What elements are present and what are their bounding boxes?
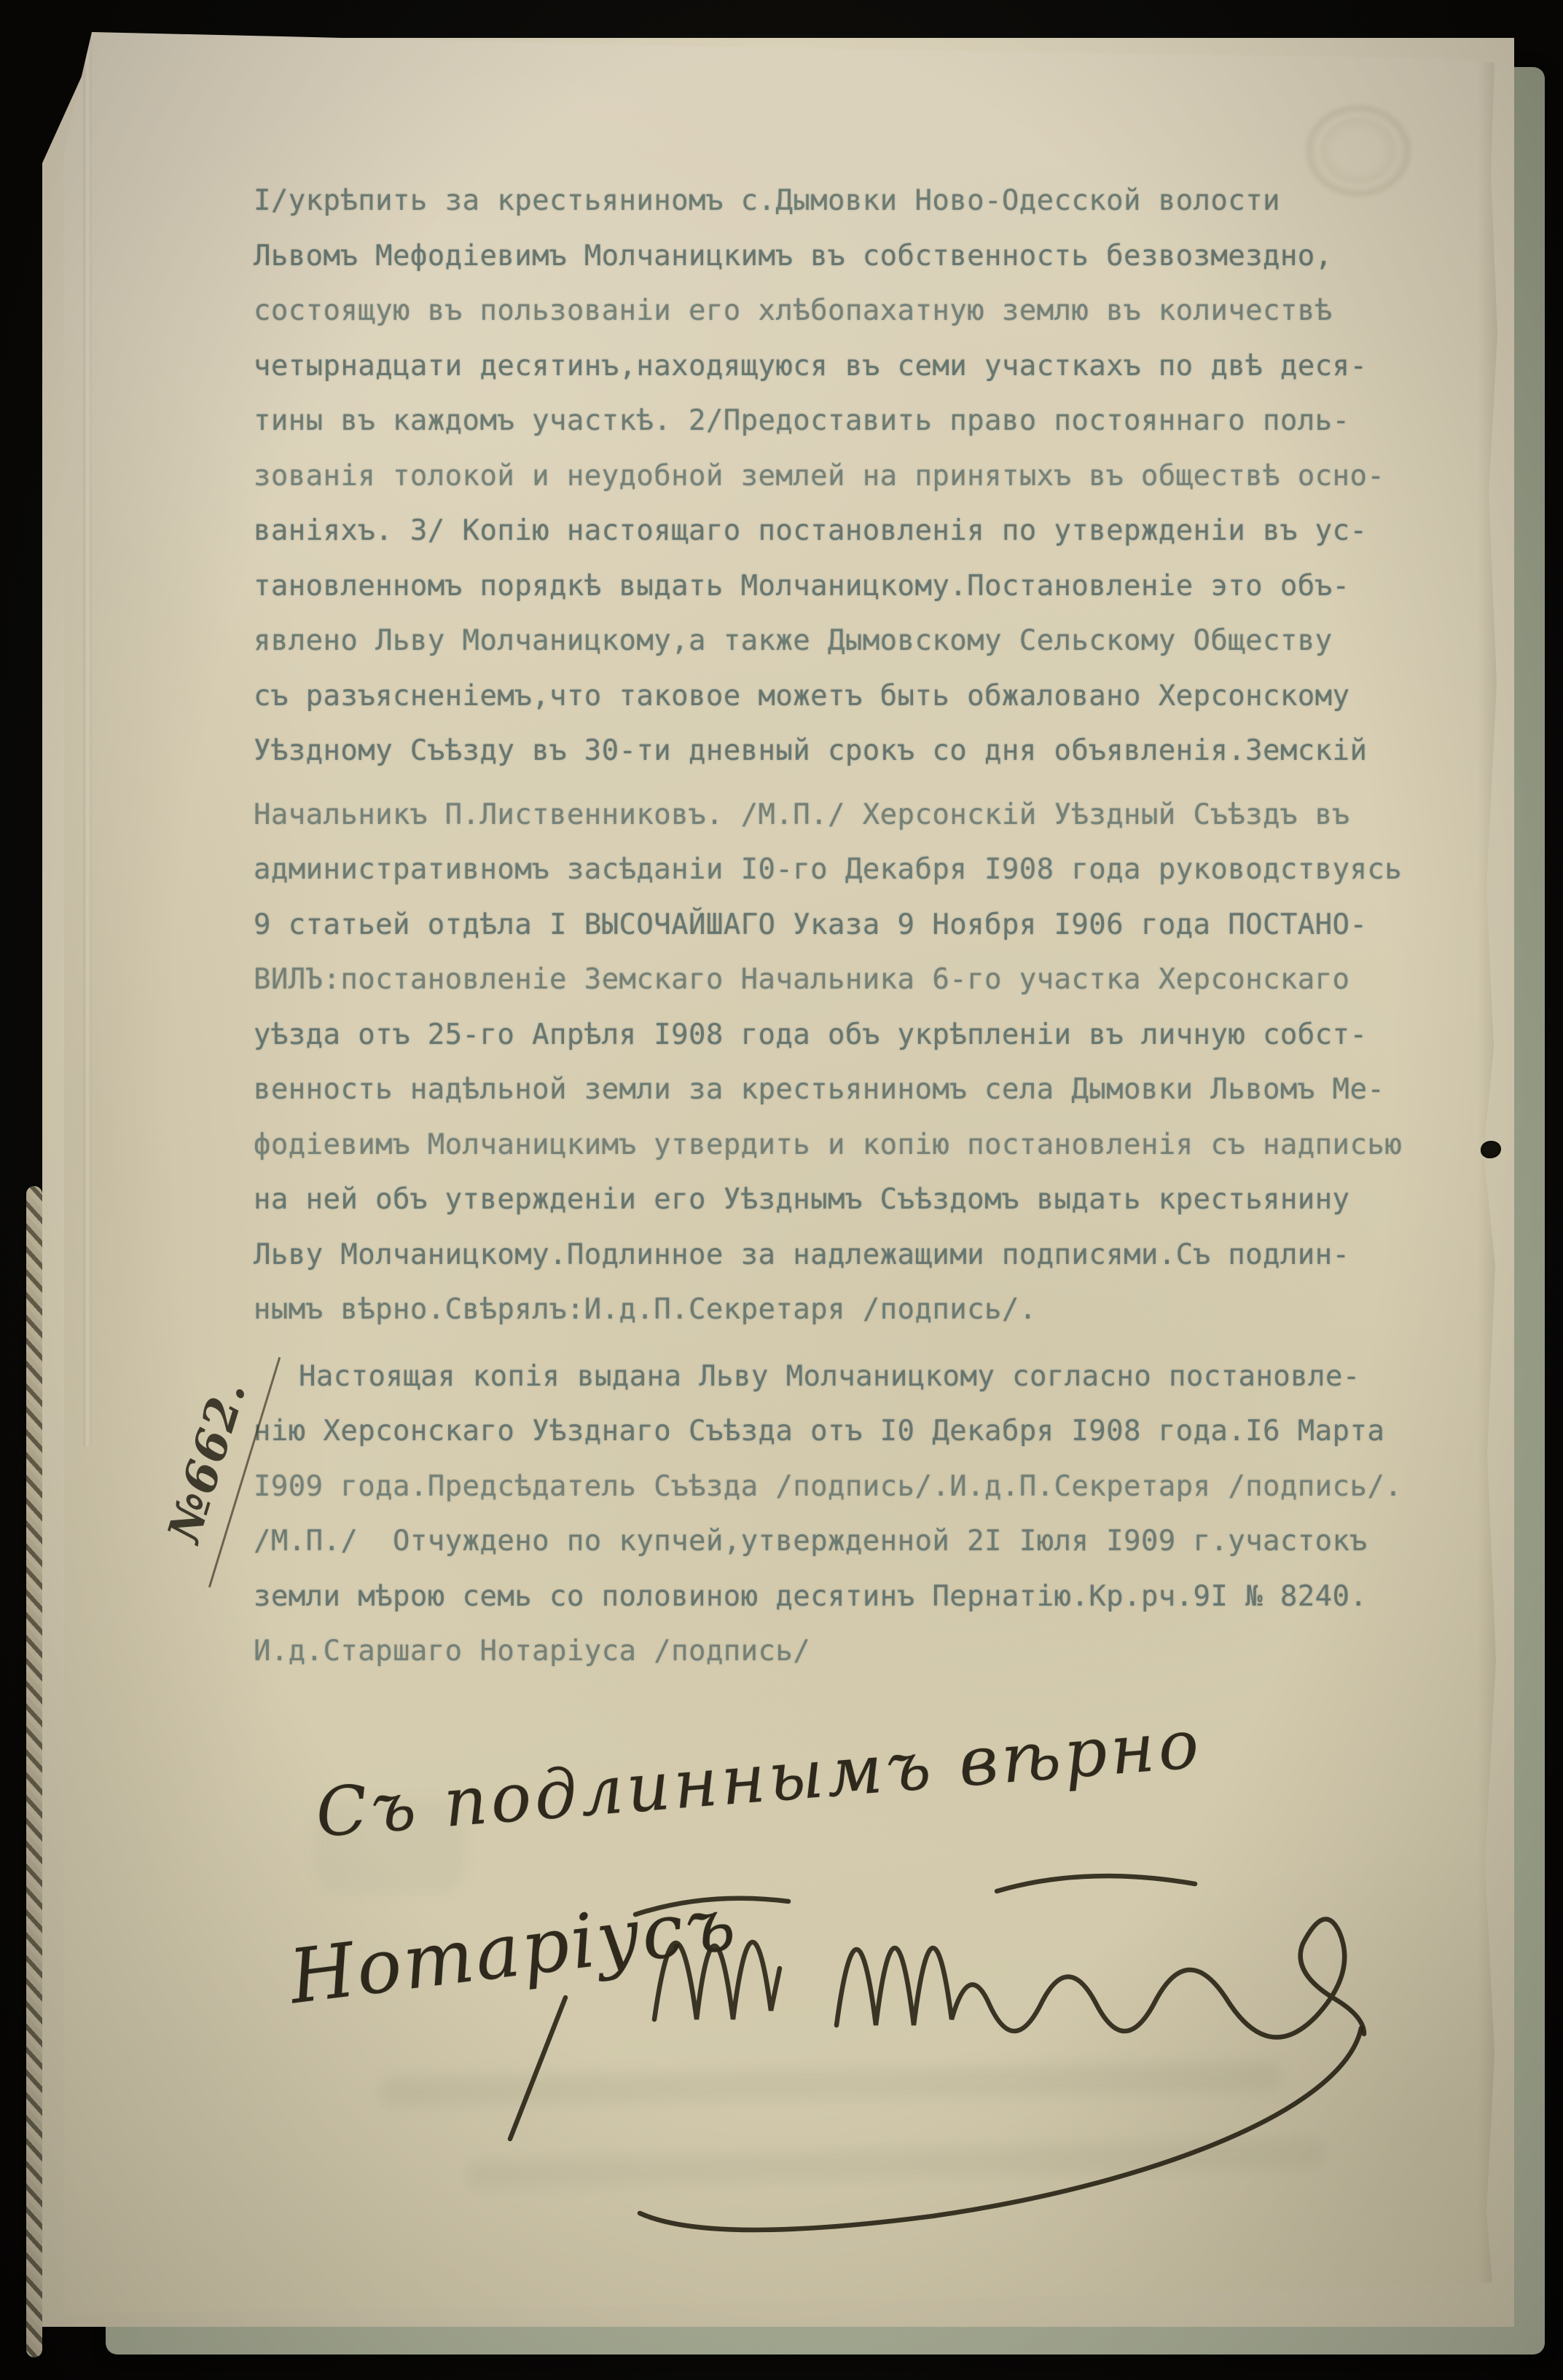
text-layer: I/укрѣпить за крестьяниномъ с.Дымовки Но… (0, 0, 1563, 2380)
typed-line-21: нымъ вѣрно.Свѣрялъ:И.д.П.Секретаря /подп… (254, 1282, 1427, 1338)
typed-line-24: I909 года.Предсѣдатель Съѣзда /подпись/.… (254, 1459, 1427, 1515)
typed-line-10: съ разъясненіемъ,что таковое можетъ быть… (254, 669, 1427, 724)
typed-line-4: четырнадцати десятинъ,находящуюся въ сем… (254, 339, 1427, 394)
typed-line-22: Настоящая копія выдана Льву Молчаницкому… (254, 1349, 1427, 1405)
typed-line-9: явлено Льву Молчаницкому,а также Дымовск… (254, 613, 1427, 669)
typed-line-11: Уѣздному Съѣзду въ 30-ти дневный срокъ с… (254, 723, 1427, 779)
typed-line-17: венность надѣльной земли за крестьянином… (254, 1062, 1427, 1118)
typed-line-18: фодіевимъ Молчаницкимъ утвердить и копію… (254, 1118, 1427, 1173)
typed-line-5: тины въ каждомъ участкѣ. 2/Предоставить … (254, 393, 1427, 449)
typed-line-12: Начальникъ П.Лиственниковъ. /М.П./ Херсо… (254, 788, 1427, 843)
typed-line-15: ВИЛЪ:постановленіе Земскаго Начальника 6… (254, 952, 1427, 1008)
certification-handwriting: Съ подлиннымъ вѣрно (313, 1705, 1205, 1852)
typed-line-3: состоящую въ пользованіи его хлѣбопахатн… (254, 283, 1427, 339)
notary-title-handwriting: Нотаріусъ (285, 1880, 742, 2021)
typed-line-2: Львомъ Мефодіевимъ Молчаницкимъ въ собст… (254, 229, 1427, 284)
typed-line-8: тановленномъ порядкѣ выдать Молчаницкому… (254, 559, 1427, 614)
typed-line-20: Льву Молчаницкому.Подлинное за надлежащи… (254, 1228, 1427, 1283)
typed-line-19: на ней объ утвержденіи его Уѣзднымъ Съѣз… (254, 1172, 1427, 1228)
typed-line-27: И.д.Старшаго Нотаріуса /подпись/ (254, 1624, 1427, 1679)
typed-line-7: ваніяхъ. 3/ Копію настоящаго постановлен… (254, 503, 1427, 559)
typed-line-6: зованія толокой и неудобной землей на пр… (254, 449, 1427, 504)
typed-line-23: нію Херсонскаго Уѣзднаго Съѣзда отъ I0 Д… (254, 1404, 1427, 1459)
typed-line-26: земли мѣрою семь со половиною десятинъ П… (254, 1569, 1427, 1625)
typed-line-13: административномъ засѣданіи I0-го Декабр… (254, 842, 1427, 898)
typed-line-25: /М.П./ Отчуждено по купчей,утвержденной … (254, 1514, 1427, 1569)
scanned-document-photo: I/укрѣпить за крестьяниномъ с.Дымовки Но… (0, 0, 1563, 2380)
typed-line-16: уѣзда отъ 25-го Апрѣля I908 года объ укр… (254, 1008, 1427, 1063)
typed-text-block: I/укрѣпить за крестьяниномъ с.Дымовки Но… (254, 173, 1427, 1679)
typed-line-14: 9 статьей отдѣла I ВЫСОЧАЙШАГО Указа 9 Н… (254, 898, 1427, 953)
typed-line-1: I/укрѣпить за крестьяниномъ с.Дымовки Но… (254, 173, 1427, 229)
